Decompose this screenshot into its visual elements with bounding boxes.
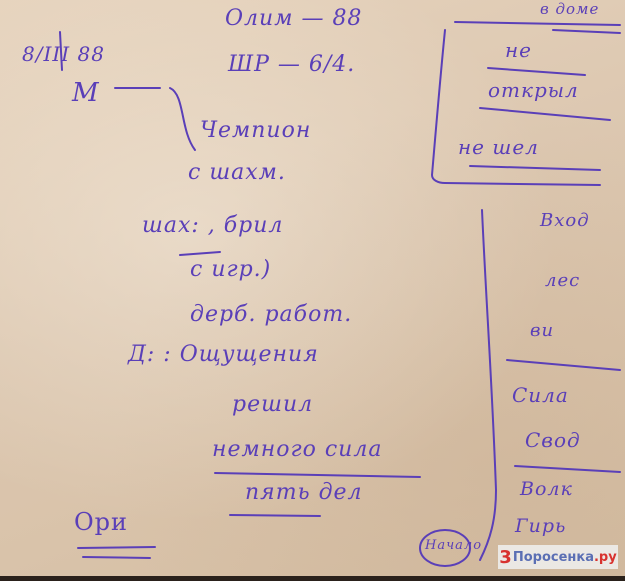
bottom-signature: Начало bbox=[425, 538, 482, 553]
main-margin-curve bbox=[170, 88, 195, 150]
main-line-4: с игр.) bbox=[190, 257, 271, 282]
site-watermark: 3 Поросенка .ру bbox=[498, 545, 618, 569]
right-column-divider bbox=[507, 360, 620, 370]
paper-sheet: 8/III 88 М Олим — 88 ШР — 6/4. Чемпион с… bbox=[0, 0, 625, 576]
box-underline-1 bbox=[488, 68, 585, 75]
bottom-left-note: Ори bbox=[74, 508, 128, 536]
right-col-6: Волк bbox=[520, 478, 573, 500]
main-line-1: Чемпион bbox=[200, 118, 311, 143]
initials-note: М bbox=[72, 78, 100, 108]
right-col-1: Вход bbox=[540, 210, 590, 231]
right-col-7: Гирь bbox=[515, 515, 566, 537]
main-line-5: дерб. работ. bbox=[190, 302, 352, 327]
right-col-5: Свод bbox=[525, 428, 581, 452]
overline-stroke bbox=[180, 252, 220, 255]
main-line-8: немного сила bbox=[212, 437, 382, 462]
main-line-3: шах: , брил bbox=[142, 213, 283, 238]
main-line-9: пять дел bbox=[245, 480, 363, 505]
right-col-3: ви bbox=[530, 320, 554, 341]
date-note: 8/III 88 bbox=[22, 42, 105, 66]
box-top-underline bbox=[553, 30, 620, 33]
box-top-label: в доме bbox=[540, 0, 599, 18]
right-column-divider-2 bbox=[515, 466, 620, 472]
right-col-4: Сила bbox=[512, 383, 569, 407]
box-underline-3 bbox=[470, 166, 600, 170]
header-line-1: Олим — 88 bbox=[225, 6, 362, 31]
box-line-1: не bbox=[505, 38, 532, 62]
right-col-2: лес bbox=[545, 270, 580, 291]
main-underline-2 bbox=[230, 515, 320, 516]
box-line-2: открыл bbox=[488, 78, 579, 102]
main-underline-1 bbox=[215, 473, 420, 477]
watermark-tld: .ру bbox=[594, 550, 617, 565]
box-line-3: не шел bbox=[458, 135, 539, 159]
main-line-6: Д: : Ощущения bbox=[128, 342, 319, 367]
ori-underline-2 bbox=[83, 557, 150, 558]
main-line-7: решил bbox=[232, 392, 313, 417]
main-line-2: с шахм. bbox=[188, 160, 286, 185]
ori-underline-1 bbox=[78, 547, 155, 548]
header-line-2: ШР — 6/4. bbox=[228, 52, 355, 77]
watermark-text: Поросенка bbox=[513, 550, 594, 565]
box-top-line bbox=[455, 22, 620, 25]
watermark-number: 3 bbox=[499, 547, 512, 568]
box-underline-2 bbox=[480, 108, 610, 120]
right-divider bbox=[480, 210, 496, 560]
